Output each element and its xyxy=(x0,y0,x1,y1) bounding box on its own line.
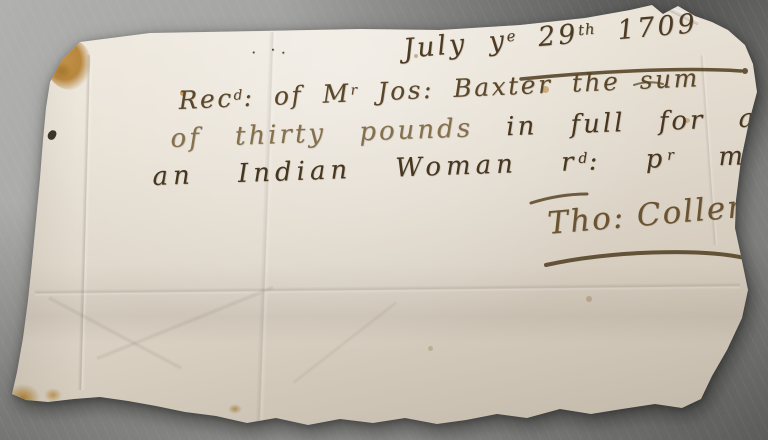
body-text: Jos: Baxter the sum xyxy=(358,63,701,107)
body-text: Rec xyxy=(178,84,234,115)
body-text: : of M xyxy=(243,78,351,112)
paper-crease xyxy=(35,282,740,296)
paper-sheet: · ·. July ye 29th 1709 Recd: of Mr Jos: … xyxy=(0,0,768,440)
body-text: me xyxy=(675,140,768,173)
paper-crease xyxy=(96,285,274,362)
paper-crease xyxy=(78,55,94,390)
bottom-left-stain-small xyxy=(44,388,62,402)
body-text: of thirty pounds xyxy=(170,112,507,154)
date-line: July ye 29th 1709 xyxy=(402,8,699,65)
paper-crease xyxy=(292,301,398,385)
date-text: July y xyxy=(402,25,508,65)
paper-crease xyxy=(47,295,182,371)
body-text: : p xyxy=(588,144,668,177)
date-text: 1709 xyxy=(594,8,699,48)
photo-background: · ·. July ye 29th 1709 Recd: of Mr Jos: … xyxy=(0,0,768,440)
date-text: 29 xyxy=(515,19,579,55)
ink-blot xyxy=(47,129,58,141)
body-text: in full for an xyxy=(506,103,768,142)
pre-date-ink-marks: · ·. xyxy=(250,39,291,62)
signature-t-flourish xyxy=(531,194,587,203)
date-underline-dot xyxy=(742,68,748,74)
bottom-left-stain xyxy=(6,384,40,412)
corner-stain-dark xyxy=(52,62,72,80)
signature-text: Tho: Coller xyxy=(546,189,745,242)
bottom-stain-speck xyxy=(228,404,242,414)
date-superscript-th: th xyxy=(577,20,596,39)
signature-underline xyxy=(546,252,745,265)
freckle-stain xyxy=(428,346,433,351)
body-text: an Indian Woman r xyxy=(152,147,579,192)
freckle-stain xyxy=(586,296,592,302)
signature-line: Tho: Coller xyxy=(546,189,745,242)
receipt-paper: · ·. July ye 29th 1709 Recd: of Mr Jos: … xyxy=(0,0,768,440)
ink-marks-text: · ·. xyxy=(250,39,291,62)
corner-stain xyxy=(40,33,98,95)
